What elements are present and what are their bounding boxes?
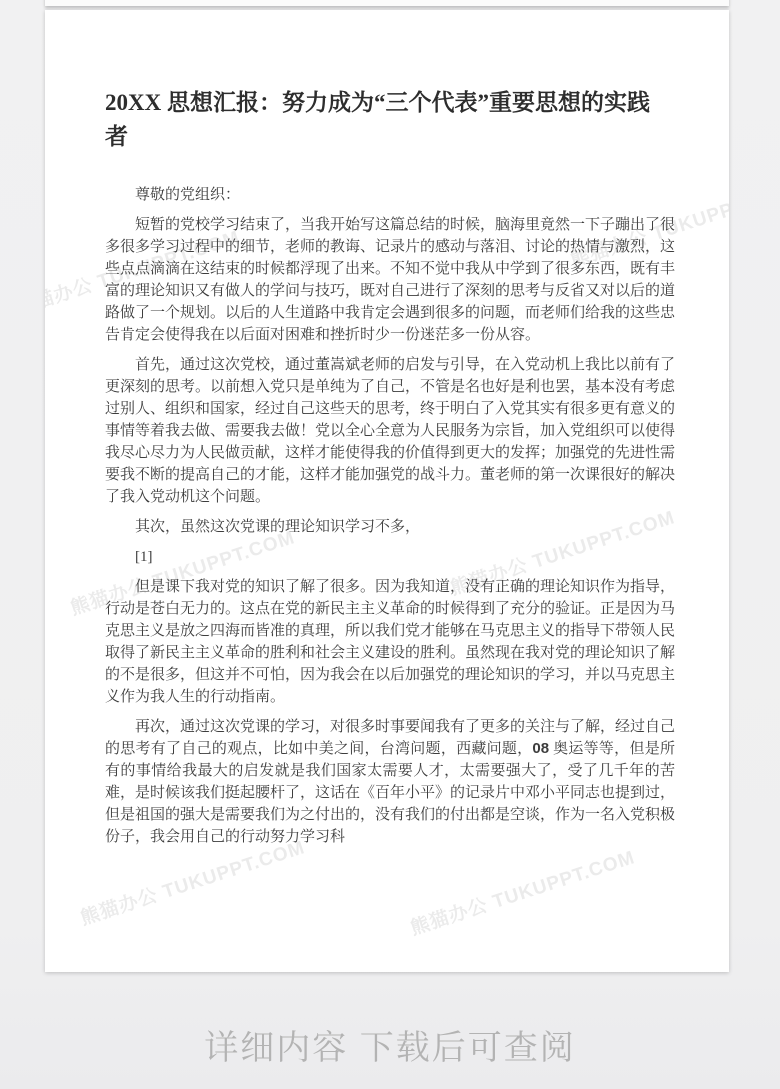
document-body: 尊敬的党组织：短暂的党校学习结束了，当我开始写这篇总结的时候，脑海里竟然一下子蹦… [105, 184, 675, 848]
download-hint-caption: 详细内容 下载后可查阅 [0, 1020, 780, 1069]
paragraph: 再次，通过这次党课的学习，对很多时事要闻我有了更多的关注与了解，经过自己的思考有… [105, 716, 675, 848]
paragraph: 但是课下我对党的知识了解了很多。因为我知道，没有正确的理论知识作为指导，行动是苍… [105, 576, 675, 708]
document-title: 20XX 思想汇报：努力成为“三个代表”重要思想的实践者 [105, 86, 650, 154]
previous-page-edge [45, 0, 729, 6]
document-content: 20XX 思想汇报：努力成为“三个代表”重要思想的实践者 尊敬的党组织：短暂的党… [105, 86, 675, 856]
document-page[interactable]: 熊猫办公 TUKUPPT.COM 熊猫办公 TUKUPPT.COM 熊猫办公 T… [45, 10, 729, 972]
paragraph: [1] [105, 546, 675, 568]
paragraph: 首先，通过这次党校，通过董嵩斌老师的启发与引导，在入党动机上我比以前有了更深刻的… [105, 354, 675, 508]
paragraph: 其次，虽然这次党课的理论知识学习不多， [105, 516, 675, 538]
paragraph: 短暂的党校学习结束了，当我开始写这篇总结的时候，脑海里竟然一下子蹦出了很多很多学… [105, 214, 675, 346]
watermark-text: 熊猫办公 TUKUPPT.COM [407, 842, 638, 940]
paragraph: 尊敬的党组织： [105, 184, 675, 206]
